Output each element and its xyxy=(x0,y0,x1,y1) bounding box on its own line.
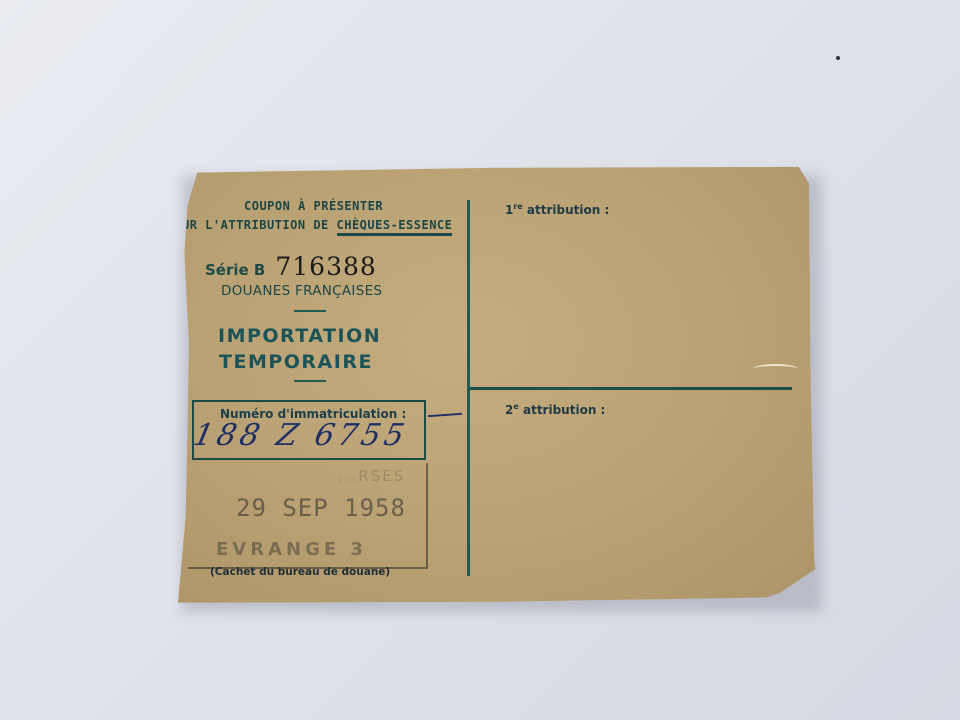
customs-stamp: ...RSES 29 SEP 1958 EVRANGE 3 xyxy=(188,463,428,569)
stamp-date: 29 SEP 1958 xyxy=(236,494,406,522)
header-cheques-essence: CHÈQUES-ESSENCE xyxy=(337,218,453,236)
header-line-1: COUPON À PRÉSENTER xyxy=(244,199,383,213)
title-line-2: TEMPORAIRE xyxy=(218,349,381,375)
stamp-caption: (Cachet du bureau de douane) xyxy=(210,566,390,578)
authority: DOUANES FRANÇAISES xyxy=(221,283,382,299)
attribution-2-label: attribution : xyxy=(523,403,605,417)
divider-top xyxy=(294,310,326,312)
paper-tear xyxy=(753,364,798,374)
title-line-1: IMPORTATION xyxy=(218,323,381,349)
document-title: IMPORTATION TEMPORAIRE xyxy=(218,323,381,375)
header-line-2-prefix: UR L'ATTRIBUTION DE xyxy=(182,218,337,232)
horizontal-divider xyxy=(470,387,792,390)
serie: Série B716388 xyxy=(205,252,377,281)
attribution-2: 2e attribution : xyxy=(505,402,605,417)
attribution-1-suffix: re xyxy=(513,202,522,211)
divider-bottom xyxy=(294,380,326,382)
stamp-place: EVRANGE 3 xyxy=(216,539,367,560)
fuel-coupon-card: COUPON À PRÉSENTER UR L'ATTRIBUTION DE C… xyxy=(178,166,818,604)
serie-label: Série B xyxy=(205,261,265,279)
attribution-1-label: attribution : xyxy=(527,203,609,217)
registration-number-handwritten: 188 Z 6755 xyxy=(190,418,411,453)
background-speck xyxy=(836,56,840,60)
attribution-2-suffix: e xyxy=(513,402,518,411)
attribution-1: 1re attribution : xyxy=(505,202,609,217)
serie-number: 716388 xyxy=(275,252,376,281)
stamp-top-text: ...RSES xyxy=(338,467,405,485)
registration-box: Numéro d'immatriculation : 188 Z 6755 xyxy=(192,400,426,460)
header-line-2: UR L'ATTRIBUTION DE CHÈQUES-ESSENCE xyxy=(182,218,452,232)
handwriting-stroke xyxy=(428,413,462,417)
